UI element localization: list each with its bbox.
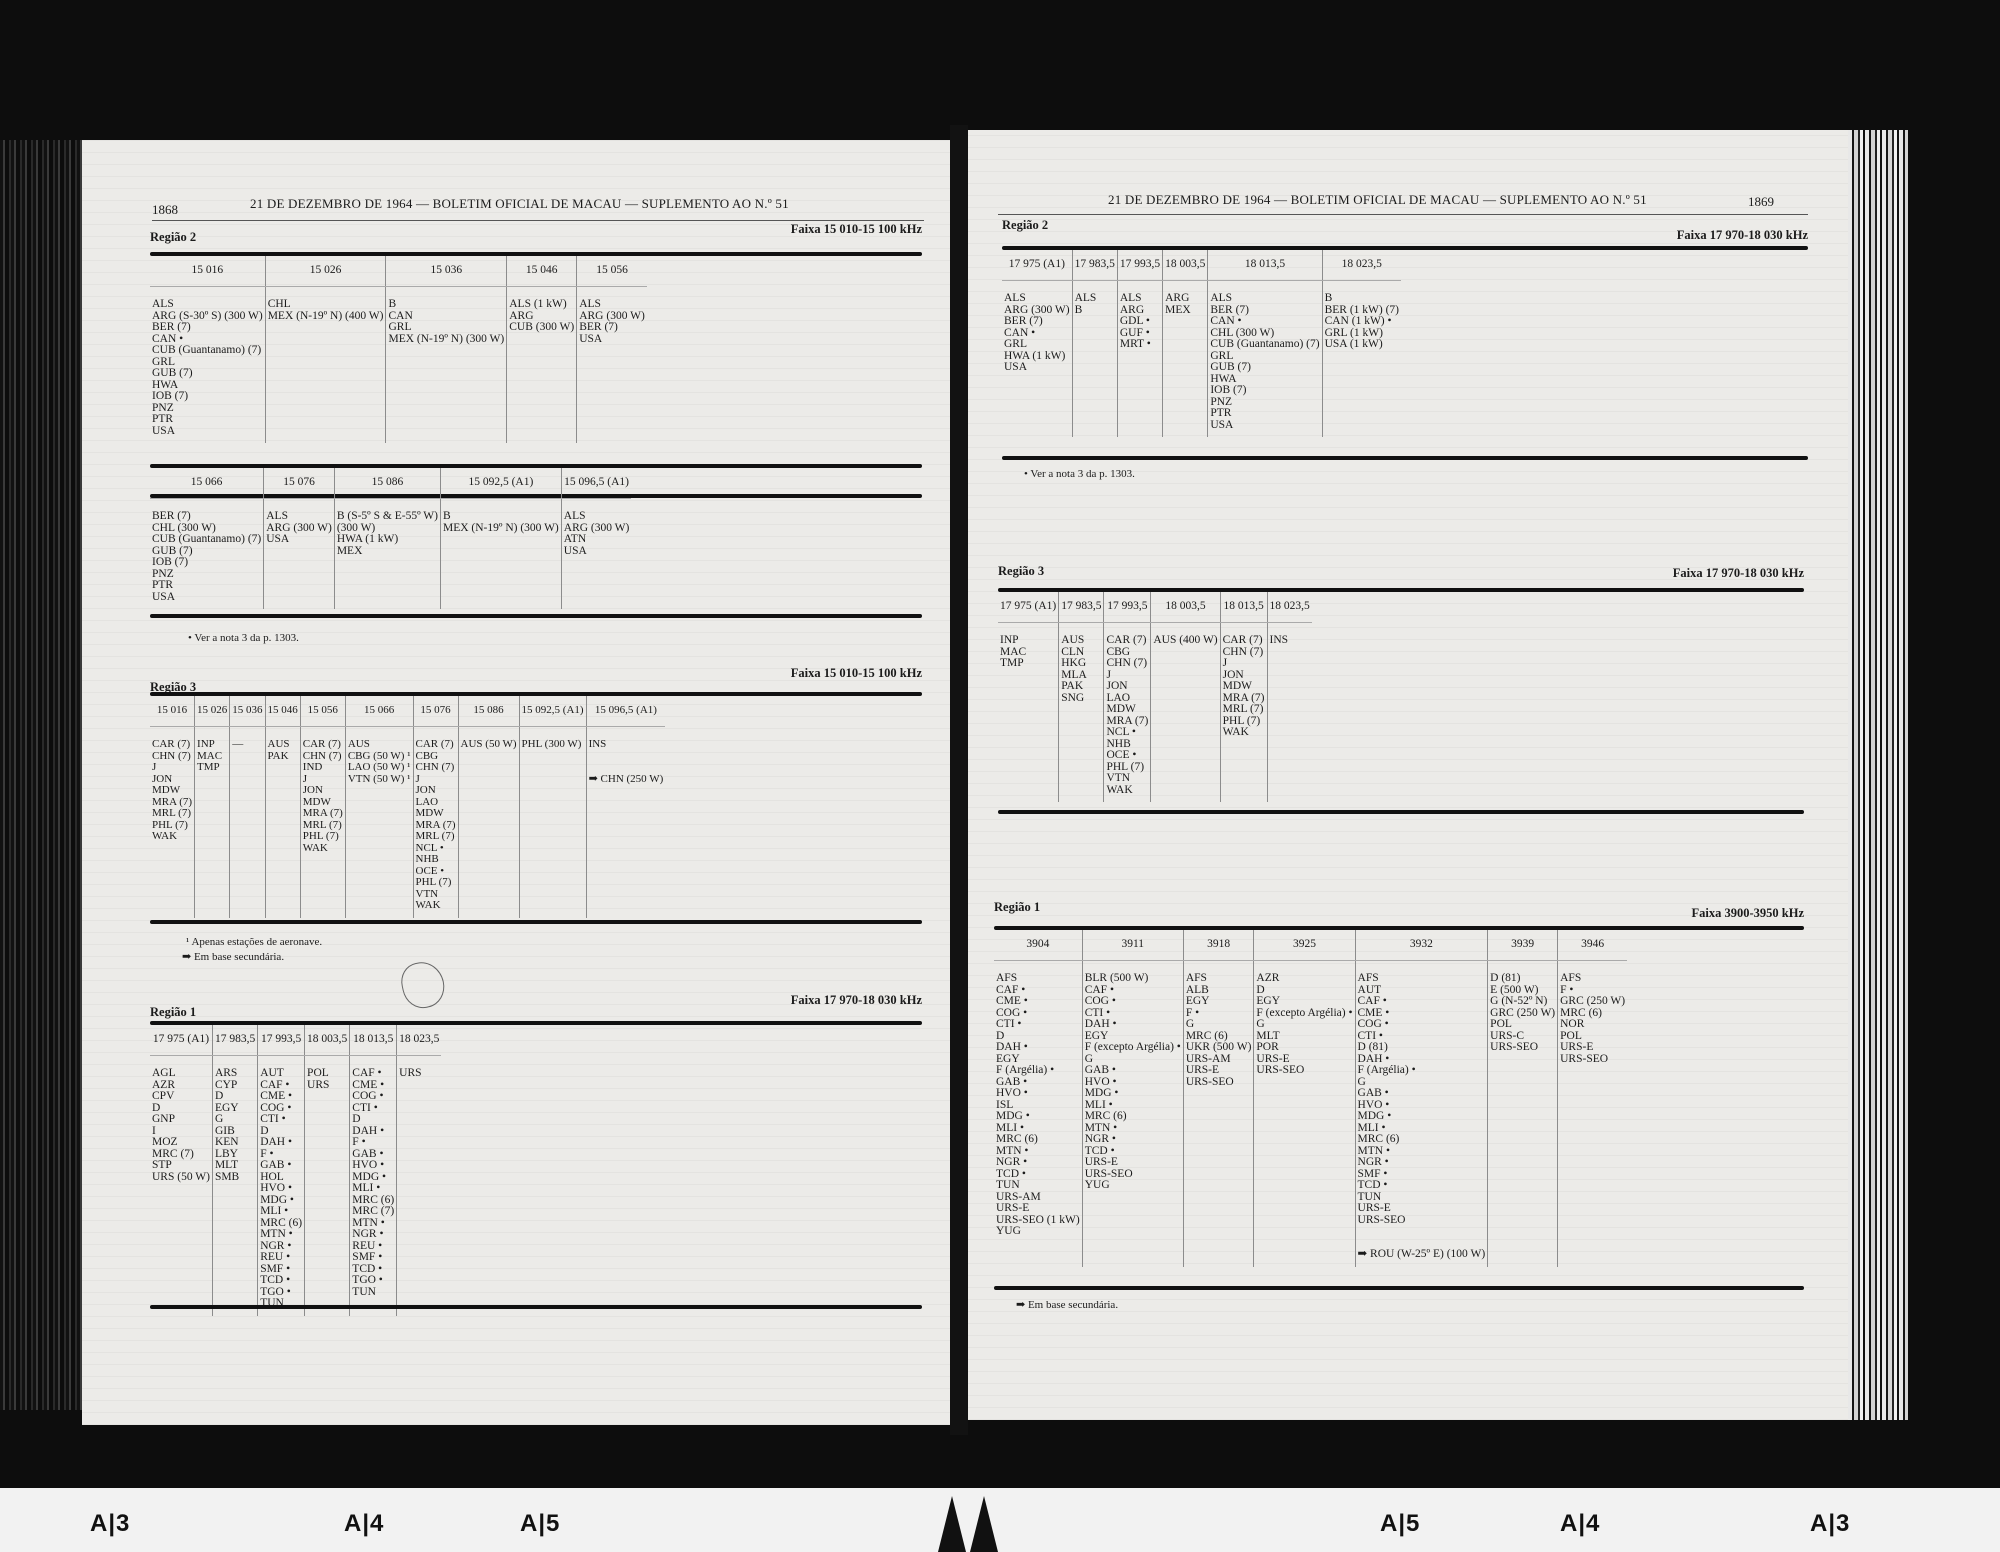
station-entry: D (81) xyxy=(1358,1042,1486,1054)
frequency-table: 17 975 (A1)17 983,517 993,518 003,518 01… xyxy=(998,592,1312,802)
station-entry: F (excepto Argélia) • xyxy=(1085,1042,1181,1054)
station-entry: NHB xyxy=(416,854,456,866)
station-entry: MRC (6) xyxy=(996,1134,1080,1146)
station-entry: USA xyxy=(152,592,261,604)
station-entry: ATN xyxy=(564,534,630,546)
station-list: AFSAUTCAF •CME •COG •CTI •D (81)DAH •F (… xyxy=(1355,961,1488,1267)
station-list: ALS (1 kW)ARGCUB (300 W) xyxy=(507,287,577,444)
station-list: CAR (7)CBGCHN (7)JJONLAOMDWMRA (7)NCL •N… xyxy=(1104,623,1151,803)
station-entry: AZR xyxy=(1256,973,1352,985)
station-list: BCANGRLMEX (N-19º N) (300 W) xyxy=(386,287,507,444)
station-entry: DAH • xyxy=(996,1042,1080,1054)
station-entry: F (Argélia) • xyxy=(1358,1065,1486,1077)
section-title: Região 3 xyxy=(998,564,1044,579)
station-entry: NGR • xyxy=(1358,1157,1486,1169)
station-entry: WAK xyxy=(416,900,456,912)
station-entry: B xyxy=(1075,305,1115,317)
frequency-header: 18 003,5 xyxy=(1151,592,1220,623)
station-entry: GUB (7) xyxy=(1210,362,1319,374)
frequency-header: 17 975 (A1) xyxy=(1002,250,1072,281)
frequency-header: 18 003,5 xyxy=(1163,250,1208,281)
station-entry: NGR • xyxy=(1085,1134,1181,1146)
station-entry: MRA (7) xyxy=(303,808,343,820)
station-entry: STP xyxy=(152,1160,210,1172)
station-entry: JON xyxy=(1106,681,1148,693)
station-entry: GRL xyxy=(388,322,504,334)
frequency-header: 15 086 xyxy=(334,468,440,499)
station-entry: URS-E xyxy=(1085,1157,1181,1169)
station-list: ARSCYPDEGYGGIBKENLBYMLTSMB xyxy=(212,1056,257,1316)
station-entry: MRC (7) xyxy=(352,1206,394,1218)
pen-mark xyxy=(398,958,449,1012)
frequency-header: 18 013,5 xyxy=(350,1025,397,1056)
station-entry: HKG xyxy=(1061,658,1101,670)
station-entry: BLR (500 W) xyxy=(1085,973,1181,985)
station-entry: USA (1 kW) xyxy=(1325,339,1399,351)
frequency-header: 3932 xyxy=(1355,930,1488,961)
station-entry: CME • xyxy=(996,996,1080,1008)
station-entry: MEX (N-19º N) (300 W) xyxy=(443,523,559,535)
head-rule xyxy=(998,214,1808,215)
station-list: INPMACTMP xyxy=(998,623,1059,803)
station-entry: PTR xyxy=(152,414,263,426)
station-entry: MDW xyxy=(416,808,456,820)
station-list: BER (7)CHL (300 W)CUB (Guantanamo) (7)GU… xyxy=(150,499,264,610)
center-triangle-right xyxy=(970,1496,998,1552)
station-entry: ALS xyxy=(1075,293,1115,305)
frequency-header: 17 993,5 xyxy=(1104,592,1151,623)
microfilm-marker: A|4 xyxy=(1560,1510,1600,1538)
running-head: 21 DE DEZEMBRO DE 1964 — BOLETIM OFICIAL… xyxy=(1108,192,1647,208)
station-entry: B xyxy=(1325,293,1399,305)
station-list: CAR (7)CHN (7)JJONMDWMRA (7)MRL (7)PHL (… xyxy=(150,727,195,918)
station-entry: INP xyxy=(197,739,227,751)
station-entry: VTN (50 W) ¹ xyxy=(348,774,411,786)
station-entry: NCL • xyxy=(1106,727,1148,739)
frequency-header: 15 056 xyxy=(577,256,647,287)
station-entry: REU • xyxy=(260,1252,302,1264)
station-list: AUTCAF •CME •COG •CTI •DDAH •F •GAB •HOL… xyxy=(258,1056,305,1316)
station-entry: CHN (7) xyxy=(1106,658,1148,670)
station-entry: AUS xyxy=(268,739,298,751)
station-entry: MDG • xyxy=(1358,1111,1486,1123)
footnote: • Ver a nota 3 da p. 1303. xyxy=(1024,468,1135,480)
station-entry: URS-SEO xyxy=(1256,1065,1352,1077)
band-label: Faixa 17 970-18 030 kHz xyxy=(791,993,922,1008)
station-entry: COG • xyxy=(352,1091,394,1103)
station-entry: G xyxy=(1256,1019,1352,1031)
band-label: Faixa 15 010-15 100 kHz xyxy=(791,222,922,237)
station-list: ALSARG (300 W)USA xyxy=(264,499,335,610)
frequency-table: 15 06615 07615 08615 092,5 (A1)15 096,5 … xyxy=(150,468,631,609)
station-entry: F • xyxy=(352,1137,394,1149)
station-list: ALSARG (300 W)BER (7)CAN •GRLHWA (1 kW)U… xyxy=(1002,281,1072,438)
station-entry: BER (7) xyxy=(152,511,261,523)
page-number: 1869 xyxy=(1748,194,1774,210)
station-list: AUS (50 W) xyxy=(458,727,519,918)
station-entry: TUN xyxy=(996,1180,1080,1192)
station-entry: CHN (7) xyxy=(152,751,192,763)
station-entry: D xyxy=(352,1114,394,1126)
band-label: Faixa 17 970-18 030 kHz xyxy=(1677,228,1808,243)
station-entry: CAR (7) xyxy=(416,739,456,751)
station-entry: J xyxy=(1223,658,1265,670)
station-list: CAR (7)CBGCHN (7)JJONLAOMDWMRA (7)MRL (7… xyxy=(413,727,458,918)
scan-edge-right xyxy=(1848,130,1908,1420)
station-entry: ALS xyxy=(1120,293,1160,305)
frequency-table: 17 975 (A1)17 983,517 993,518 003,518 01… xyxy=(150,1025,441,1316)
station-entry: MEX (N-19º N) (400 W) xyxy=(268,311,384,323)
frequency-header: 15 046 xyxy=(265,696,300,727)
station-list: AUSCBG (50 W) ¹LAO (50 W) ¹VTN (50 W) ¹ xyxy=(345,727,413,918)
frequency-header: 15 026 xyxy=(195,696,230,727)
section-right-1: Região 3 Faixa 17 970-18 030 kHz 17 975 … xyxy=(998,564,1804,824)
station-entry: PTR xyxy=(152,580,261,592)
station-entry: GAB • xyxy=(260,1160,302,1172)
frequency-header: 17 993,5 xyxy=(258,1025,305,1056)
station-entry: F • xyxy=(1186,1008,1252,1020)
station-entry: CTI • xyxy=(996,1019,1080,1031)
station-entry: GNP xyxy=(152,1114,210,1126)
frequency-header: 17 983,5 xyxy=(212,1025,257,1056)
band-label: Faixa 17 970-18 030 kHz xyxy=(1673,566,1804,581)
frequency-header: 15 066 xyxy=(345,696,413,727)
station-list: CAF •CME •COG •CTI •DDAH •F •GAB •HVO •M… xyxy=(350,1056,397,1316)
frequency-header: 18 023,5 xyxy=(397,1025,442,1056)
station-list: AUS (400 W) xyxy=(1151,623,1220,803)
frequency-table: 15 01615 02615 03615 04615 056ALSARG (S-… xyxy=(150,256,647,443)
station-entry: B xyxy=(388,299,504,311)
frequency-header: 18 023,5 xyxy=(1267,592,1312,623)
station-entry: MLI • xyxy=(260,1206,302,1218)
band-label: Faixa 3900-3950 kHz xyxy=(1692,906,1805,921)
station-entry: TMP xyxy=(197,762,227,774)
frequency-header: 17 993,5 xyxy=(1117,250,1162,281)
station-entry: CAF • xyxy=(1358,996,1486,1008)
footnote: ➡ Em base secundária. xyxy=(1016,1298,1118,1311)
station-entry: J xyxy=(152,762,192,774)
station-entry: MTN • xyxy=(260,1229,302,1241)
frequency-header: 15 092,5 (A1) xyxy=(519,696,586,727)
thick-rule xyxy=(150,614,922,618)
section-right-2: Região 1 Faixa 3900-3950 kHz 39043911391… xyxy=(994,900,1804,1320)
frequency-header: 15 036 xyxy=(230,696,265,727)
station-entry: YUG xyxy=(996,1226,1080,1238)
station-entry: IOB (7) xyxy=(152,391,263,403)
head-rule xyxy=(152,220,924,221)
station-entry: COG • xyxy=(1085,996,1181,1008)
station-entry: F (excepto Argélia) • xyxy=(1256,1008,1352,1020)
station-entry: INS xyxy=(589,739,664,751)
band-label: Faixa 15 010-15 100 kHz xyxy=(791,666,922,681)
station-entry: USA xyxy=(1004,362,1070,374)
microfilm-marker: A|5 xyxy=(520,1510,560,1538)
station-entry: CHL xyxy=(268,299,384,311)
station-entry: ALS xyxy=(564,511,630,523)
station-entry: ALS xyxy=(1210,293,1319,305)
section-title: Região 2 xyxy=(1002,218,1048,233)
station-list: CAR (7)CHN (7)JJONMDWMRA (7)MRL (7)PHL (… xyxy=(1220,623,1267,803)
station-entry: MRT • xyxy=(1120,339,1160,351)
station-entry: CPV xyxy=(152,1091,210,1103)
station-entry: PAK xyxy=(1061,681,1101,693)
book-gutter xyxy=(950,125,968,1435)
frequency-header: 17 983,5 xyxy=(1059,592,1104,623)
frequency-header: 18 013,5 xyxy=(1208,250,1322,281)
section-left-1: 15 06615 07615 08615 092,5 (A1)15 096,5 … xyxy=(150,460,922,640)
section-right-0: Região 2 Faixa 17 970-18 030 kHz 17 975 … xyxy=(1002,218,1808,508)
station-entry: ➡ ROU (W-25º E) (100 W) xyxy=(1358,1249,1486,1261)
scan-edge-left xyxy=(0,140,82,1410)
frequency-header: 15 036 xyxy=(386,256,507,287)
frequency-header: 3946 xyxy=(1558,930,1627,961)
frequency-header: 15 026 xyxy=(265,256,386,287)
microfilm-marker: A|5 xyxy=(1380,1510,1420,1538)
station-entry: ALS xyxy=(1004,293,1070,305)
station-entry: IND xyxy=(303,762,343,774)
frequency-header: 15 076 xyxy=(264,468,335,499)
station-entry: D xyxy=(215,1091,255,1103)
station-entry: YUG xyxy=(1085,1180,1181,1192)
frequency-header: 3911 xyxy=(1082,930,1183,961)
frequency-table: 17 975 (A1)17 983,517 993,518 003,518 01… xyxy=(1002,250,1401,437)
station-entry: G (N-52º N) xyxy=(1490,996,1555,1008)
station-entry: BER (7) xyxy=(1004,316,1070,328)
station-entry: URS-SEO xyxy=(1560,1054,1625,1066)
frequency-header: 18 013,5 xyxy=(1220,592,1267,623)
footnote: ➡ Em base secundária. xyxy=(182,950,284,963)
station-entry: CHN (7) xyxy=(1223,647,1265,659)
station-entry: INP xyxy=(1000,635,1056,647)
station-entry: ALS (1 kW) xyxy=(509,299,574,311)
station-list: ALSBER (7)CAN •CHL (300 W)CUB (Guantanam… xyxy=(1208,281,1322,438)
station-entry: AUS (50 W) xyxy=(461,739,517,751)
station-entry: OCE • xyxy=(1106,750,1148,762)
station-list: INS xyxy=(1267,623,1312,803)
station-entry: UKR (500 W) xyxy=(1186,1042,1252,1054)
station-entry: CHN (7) xyxy=(416,762,456,774)
station-entry: TCD • xyxy=(260,1275,302,1287)
station-list: BMEX (N-19º N) (300 W) xyxy=(440,499,561,610)
station-entry: TMP xyxy=(1000,658,1056,670)
frequency-header: 15 076 xyxy=(413,696,458,727)
station-list: INPMACTMP xyxy=(195,727,230,918)
station-entry: HVO • xyxy=(996,1088,1080,1100)
station-entry: IOB (7) xyxy=(1210,385,1319,397)
station-entry: PHL (300 W) xyxy=(522,739,584,751)
frequency-header: 3939 xyxy=(1488,930,1558,961)
station-entry: B (S-5º S & E-55º W) xyxy=(337,511,438,523)
station-entry: ARG xyxy=(1165,293,1205,305)
frequency-header: 15 016 xyxy=(150,256,265,287)
station-entry: IOB (7) xyxy=(152,557,261,569)
station-list: B (S-5º S & E-55º W)(300 W)HWA (1 kW)MEX xyxy=(334,499,440,610)
station-entry: USA xyxy=(1210,420,1319,432)
station-entry: PHL (7) xyxy=(303,831,343,843)
station-entry: HVO • xyxy=(352,1160,394,1172)
station-entry: AFS xyxy=(996,973,1080,985)
station-entry: USA xyxy=(266,534,332,546)
frequency-header: 15 096,5 (A1) xyxy=(586,696,665,727)
station-list: CAR (7)CHN (7)INDJJONMDWMRA (7)MRL (7)PH… xyxy=(300,727,345,918)
station-entry: VTN xyxy=(1106,773,1148,785)
station-list: D (81)E (500 W)G (N-52º N)GRC (250 W)POL… xyxy=(1488,961,1558,1267)
station-entry: NGR • xyxy=(352,1229,394,1241)
station-entry: URS-SEO xyxy=(1186,1077,1252,1089)
station-entry: CAR (7) xyxy=(303,739,343,751)
station-entry: COG • xyxy=(1358,1019,1486,1031)
microfilm-marker: A|4 xyxy=(344,1510,384,1538)
frequency-header: 17 975 (A1) xyxy=(150,1025,212,1056)
frequency-header: 18 023,5 xyxy=(1322,250,1401,281)
station-entry: SMB xyxy=(215,1172,255,1184)
station-list: ALSB xyxy=(1072,281,1117,438)
station-entry: AFS xyxy=(1358,973,1486,985)
station-entry: AFS xyxy=(1560,973,1625,985)
station-entry: SNG xyxy=(1061,693,1101,705)
station-entry: CTI • xyxy=(260,1114,302,1126)
station-list: AFSALBEGYF •GMRC (6)UKR (500 W)URS-AMURS… xyxy=(1183,961,1254,1267)
footnote: • Ver a nota 3 da p. 1303. xyxy=(188,632,299,644)
station-entry: URS-E xyxy=(996,1203,1080,1215)
station-entry xyxy=(589,762,664,774)
station-entry: MEX (N-19º N) (300 W) xyxy=(388,334,504,346)
frequency-header: 15 086 xyxy=(458,696,519,727)
thick-rule xyxy=(994,1286,1804,1290)
station-entry: URS-SEO xyxy=(1358,1215,1486,1227)
page-number: 1868 xyxy=(152,202,178,218)
station-entry: MRL (7) xyxy=(416,831,456,843)
section-title: Região 1 xyxy=(994,900,1040,915)
station-entry: CME • xyxy=(260,1091,302,1103)
station-entry: URS-SEO xyxy=(1490,1042,1555,1054)
station-entry: TCD • xyxy=(1358,1180,1486,1192)
frequency-header: 3918 xyxy=(1183,930,1254,961)
station-entry: CAR (7) xyxy=(1223,635,1265,647)
station-entry: WAK xyxy=(303,843,343,855)
station-list: ALSARG (S-30º S) (300 W)BER (7)CAN •CUB … xyxy=(150,287,265,444)
station-entry: MLT xyxy=(215,1160,255,1172)
station-list: AGLAZRCPVDGNPIMOZMRC (7)STPURS (50 W) xyxy=(150,1056,212,1316)
station-entry: AGL xyxy=(152,1068,210,1080)
station-entry: ➡ CHN (250 W) xyxy=(589,774,664,786)
station-list: BLR (500 W)CAF •COG •CTI •DAH •EGYF (exc… xyxy=(1082,961,1183,1267)
microfilm-marker: A|3 xyxy=(1810,1510,1850,1538)
station-entry: POR xyxy=(1256,1042,1352,1054)
station-entry: ARS xyxy=(215,1068,255,1080)
station-entry: URS xyxy=(399,1068,439,1080)
frequency-header: 15 066 xyxy=(150,468,264,499)
station-entry: URS-E xyxy=(1560,1042,1625,1054)
station-entry: GDL • xyxy=(1120,316,1160,328)
station-list: AFSCAF •CME •COG •CTI •DDAH •EGYF (Argél… xyxy=(994,961,1082,1267)
station-entry: CAF • xyxy=(352,1068,394,1080)
station-entry: D (81) xyxy=(1490,973,1555,985)
station-entry: ALS xyxy=(579,299,645,311)
station-entry: KEN xyxy=(215,1137,255,1149)
station-list: INS ➡ CHN (250 W) xyxy=(586,727,665,918)
frequency-header: 3904 xyxy=(994,930,1082,961)
station-entry: G xyxy=(1186,1019,1252,1031)
thick-rule xyxy=(150,1305,922,1309)
station-list: BBER (1 kW) (7)CAN (1 kW) •GRL (1 kW)USA… xyxy=(1322,281,1401,438)
section-left-3: Região 1 Faixa 17 970-18 030 kHz 17 975 … xyxy=(150,1005,922,1345)
frequency-header: 15 056 xyxy=(300,696,345,727)
station-entry: MEX xyxy=(337,546,438,558)
station-entry: BER (7) xyxy=(152,322,263,334)
frequency-table: 3904391139183925393239393946AFSCAF •CME … xyxy=(994,930,1627,1267)
station-entry: MLI • xyxy=(352,1183,394,1195)
left-page: 1868 21 DE DEZEMBRO DE 1964 — BOLETIM OF… xyxy=(82,140,950,1425)
station-entry: AUS (400 W) xyxy=(1153,635,1217,647)
station-entry: G xyxy=(215,1114,255,1126)
station-list: AUSPAK xyxy=(265,727,300,918)
frequency-header: 17 983,5 xyxy=(1072,250,1117,281)
station-entry: CAN (1 kW) • xyxy=(1325,316,1399,328)
station-entry: AUS xyxy=(1061,635,1101,647)
station-entry: DAH • xyxy=(260,1137,302,1149)
station-entry: CUB (Guantanamo) (7) xyxy=(152,534,261,546)
station-entry: CUB (Guantanamo) (7) xyxy=(152,345,263,357)
right-page: 21 DE DEZEMBRO DE 1964 — BOLETIM OFICIAL… xyxy=(968,130,1852,1420)
frequency-header: 15 096,5 (A1) xyxy=(561,468,631,499)
station-entry: DAH • xyxy=(1085,1019,1181,1031)
station-list: PHL (300 W) xyxy=(519,727,586,918)
station-entry: B xyxy=(443,511,559,523)
station-entry: LAO (50 W) ¹ xyxy=(348,762,411,774)
station-list: AUSCLNHKGMLAPAKSNG xyxy=(1059,623,1104,803)
station-list: ARGMEX xyxy=(1163,281,1208,438)
running-head: 21 DE DEZEMBRO DE 1964 — BOLETIM OFICIAL… xyxy=(250,196,789,212)
station-list: ALSARG (300 W)ATNUSA xyxy=(561,499,631,610)
thick-rule xyxy=(150,920,922,924)
station-entry: URS xyxy=(307,1080,347,1092)
station-list: AZRDEGYF (excepto Argélia) •GMLTPORURS-E… xyxy=(1254,961,1355,1267)
thick-rule xyxy=(1002,456,1808,460)
station-entry: MDW xyxy=(1106,704,1148,716)
station-entry: PAK xyxy=(268,751,298,763)
station-entry: MRL (7) xyxy=(1223,704,1265,716)
station-entry: MDW xyxy=(152,785,192,797)
station-list: ALSARGGDL •GUF •MRT • xyxy=(1117,281,1162,438)
station-list: AFSF •GRC (250 W)MRC (6)NORPOLURS-EURS-S… xyxy=(1558,961,1627,1267)
footnote: ¹ Apenas estações de aeronave. xyxy=(186,936,322,948)
station-entry: AUS xyxy=(348,739,411,751)
station-entry: BER (7) xyxy=(579,322,645,334)
station-entry: MEX xyxy=(1165,305,1205,317)
station-entry: WAK xyxy=(152,831,192,843)
station-entry: NOR xyxy=(1560,1019,1625,1031)
station-entry: HVO • xyxy=(260,1183,302,1195)
station-entry: MRC (6) xyxy=(1085,1111,1181,1123)
station-entry: ALS xyxy=(266,511,332,523)
station-entry: MDG • xyxy=(996,1111,1080,1123)
frequency-table: 15 01615 02615 03615 04615 05615 06615 0… xyxy=(150,696,665,918)
station-entry: USA xyxy=(579,334,645,346)
microfilm-strip xyxy=(0,1488,2000,1552)
station-list: ALSARG (300 W)BER (7)USA xyxy=(577,287,647,444)
station-list: CHLMEX (N-19º N) (400 W) xyxy=(265,287,386,444)
station-list: — xyxy=(230,727,265,918)
center-triangle-left xyxy=(938,1496,966,1552)
station-entry: HWA (1 kW) xyxy=(337,534,438,546)
section-title: Região 1 xyxy=(150,1005,196,1020)
station-entry: JON xyxy=(303,785,343,797)
station-entry: CUB (Guantanamo) (7) xyxy=(1210,339,1319,351)
frequency-header: 15 092,5 (A1) xyxy=(440,468,561,499)
frequency-header: 3925 xyxy=(1254,930,1355,961)
station-entry: ALS xyxy=(152,299,263,311)
